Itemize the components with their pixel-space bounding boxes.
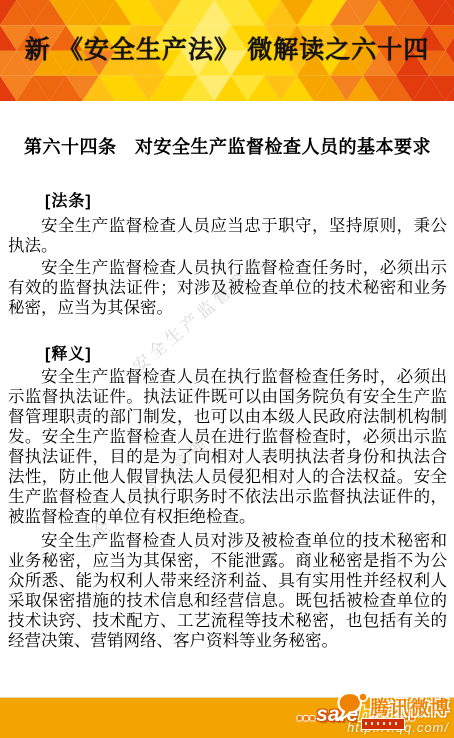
tencent-weibo-label: 腾讯微博 xyxy=(370,693,450,720)
banner: 新 《安全生产法》 微解读之六十四 xyxy=(0,0,454,101)
safehoo-dots-left: ■■■ xyxy=(297,713,316,723)
section-label-fatiao: [法条] xyxy=(45,188,447,211)
section-label-shiyi: [释义] xyxy=(45,341,447,364)
fatiao-paragraph-1: 安全生产监督检查人员应当忠于职守，坚持原则，秉公执法。 xyxy=(8,216,447,256)
tencent-weibo-watermark: 腾讯微博 xyxy=(334,691,450,721)
article-content: 第六十四条 对安全生产监督检查人员的基本要求 [法条] 安全生产监督检查人员应当… xyxy=(8,101,447,651)
tencent-weibo-speech-bubble-icon xyxy=(334,691,368,721)
banner-title: 新 《安全生产法》 微解读之六十四 xyxy=(0,30,454,66)
flyer-page: 新 《安全生产法》 微解读之六十四 第六十四条 对安全生产监督检查人员的基本要求… xyxy=(0,0,454,738)
article-title: 第六十四条 对安全生产监督检查人员的基本要求 xyxy=(8,133,447,159)
fatiao-paragraph-2: 安全生产监督检查人员执行监督检查任务时，必须出示有效的监督执法证件；对涉及被检查… xyxy=(8,258,447,318)
shiyi-paragraph-1: 安全生产监督检查人员在执行监督检查任务时，必须出示监督执法证件。执法证件既可以由… xyxy=(8,367,447,527)
shiyi-paragraph-2: 安全生产监督检查人员对涉及被检查单位的技术秘密和业务秘密，应当为其保密，不能泄露… xyxy=(8,531,447,651)
